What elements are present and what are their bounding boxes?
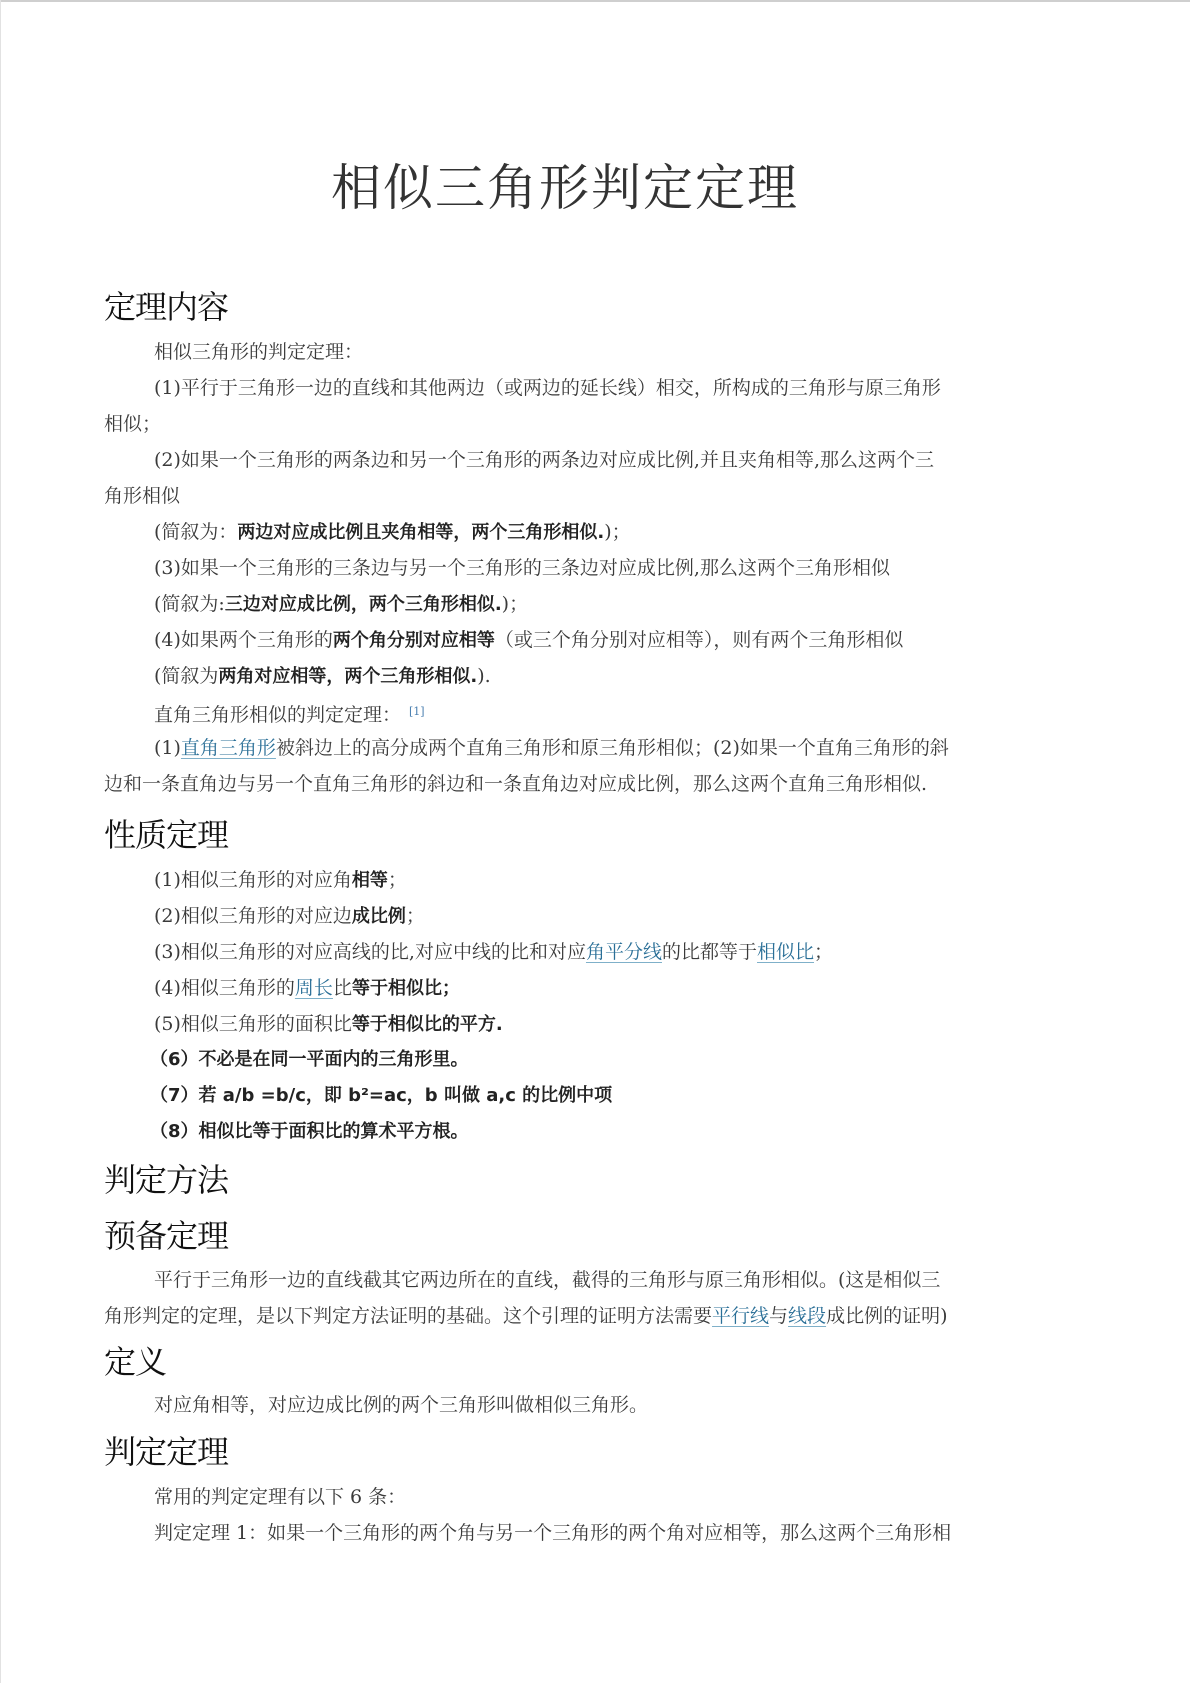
text: (简叙为：	[154, 521, 237, 543]
list-item: (2)相似三角形的对应边成比例；	[154, 904, 1074, 929]
text: (2)相似三角形的对应边	[154, 905, 352, 927]
heading-methods: 判定方法	[104, 1155, 228, 1201]
page-border	[0, 0, 1190, 2]
text: 比	[333, 977, 352, 999]
heading-definition: 定义	[104, 1337, 166, 1383]
paragraph: 常用的判定定理有以下 6 条：	[154, 1485, 1074, 1509]
bold-text: 两边对应成比例且夹角相等，两个三角形相似.	[237, 522, 604, 543]
list-item: (3)相似三角形的对应高线的比,对应中线的比和对应角平分线的比都等于相似比；	[154, 940, 1074, 964]
paragraph: (2)如果一个三角形的两条边和另一个三角形的两条边对应成比例,并且夹角相等,那么…	[154, 448, 1074, 472]
text: (5)相似三角形的面积比	[154, 1013, 352, 1035]
text: (3)相似三角形的对应高线的比,对应中线的比和对应	[154, 941, 586, 963]
paragraph: 直角三角形相似的判定定理：[1]	[154, 700, 1074, 727]
text: （或三个角分别对应相等），则有两个三角形相似	[495, 629, 904, 651]
text: 角形判定的定理，是以下判定方法证明的基础。这个引理的证明方法需要	[104, 1305, 712, 1327]
page-title: 相似三角形判定定理	[0, 148, 1130, 220]
link-parallel-lines[interactable]: 平行线	[712, 1305, 769, 1327]
paragraph: (3)如果一个三角形的三条边与另一个三角形的三条边对应成比例,那么这两个三角形相…	[154, 556, 1074, 580]
text: ).	[477, 665, 490, 687]
text: ；	[388, 869, 407, 891]
page-border-left	[0, 0, 1, 1683]
bold-text: 相等	[352, 870, 388, 891]
text: (1)平行于三角形一边的直线和其他两边（或两边的延长线）相交，所构成的三角形与原…	[154, 377, 941, 399]
paragraph: 相似三角形的判定定理：	[154, 340, 1074, 364]
paragraph: (简叙为两角对应相等，两个三角形相似.).	[154, 664, 1074, 689]
link-angle-bisector[interactable]: 角平分线	[586, 941, 662, 963]
text: (4)如果两个三角形的	[154, 629, 333, 651]
link-perimeter[interactable]: 周长	[295, 977, 333, 999]
bold-text: 三边对应成比例，两个三角形相似.	[225, 594, 502, 615]
list-item: （6）不必是在同一平面内的三角形里。	[150, 1048, 1070, 1072]
paragraph: (1)直角三角形被斜边上的高分成两个直角三角形和原三角形相似；(2)如果一个直角…	[154, 736, 1074, 760]
paragraph: 对应角相等，对应边成比例的两个三角形叫做相似三角形。	[154, 1393, 1074, 1417]
text: (1)相似三角形的对应角	[154, 869, 352, 891]
heading-judgement-theorem: 判定定理	[104, 1427, 228, 1473]
paragraph: (1)平行于三角形一边的直线和其他两边（或两边的延长线）相交，所构成的三角形与原…	[154, 376, 1074, 400]
list-item: （7）若 a/b =b/c，即 b²=ac，b 叫做 a,c 的比例中项	[150, 1084, 1070, 1108]
list-item: （8）相似比等于面积比的算术平方根。	[150, 1120, 1070, 1144]
heading-theorem-content: 定理内容	[104, 282, 228, 328]
paragraph: 相似；	[104, 412, 1024, 436]
bold-text: 等于相似比；	[352, 978, 460, 999]
paragraph: 平行于三角形一边的直线截其它两边所在的直线，截得的三角形与原三角形相似。(这是相…	[154, 1268, 1074, 1292]
list-item: (4)相似三角形的周长比等于相似比；	[154, 976, 1074, 1001]
bold-text: 两角对应相等，两个三角形相似.	[218, 666, 477, 687]
text: )；	[502, 593, 528, 615]
text: 直角三角形相似的判定定理：	[154, 704, 401, 726]
heading-preliminary-theorem: 预备定理	[104, 1211, 228, 1257]
text: ；	[406, 905, 425, 927]
bold-text: 等于相似比的平方.	[352, 1014, 503, 1035]
bold-text: 两个角分别对应相等	[333, 630, 495, 651]
text: 被斜边上的高分成两个直角三角形和原三角形相似；(2)如果一个直角三角形的斜	[276, 737, 949, 759]
paragraph: (4)如果两个三角形的两个角分别对应相等（或三个角分别对应相等），则有两个三角形…	[154, 628, 1074, 653]
list-item: (1)相似三角形的对应角相等；	[154, 868, 1074, 893]
heading-properties: 性质定理	[104, 810, 228, 856]
citation-link[interactable]: [1]	[409, 705, 425, 718]
paragraph: 角形相似	[104, 484, 1024, 508]
text: (4)相似三角形的	[154, 977, 295, 999]
text: )；	[604, 521, 630, 543]
paragraph: 角形判定的定理，是以下判定方法证明的基础。这个引理的证明方法需要平行线与线段成比…	[104, 1304, 1024, 1328]
list-item: (5)相似三角形的面积比等于相似比的平方.	[154, 1012, 1074, 1037]
text: (简叙为	[154, 665, 218, 687]
text: ；	[814, 941, 833, 963]
link-right-triangle[interactable]: 直角三角形	[181, 737, 276, 759]
text: (1)	[154, 737, 181, 759]
paragraph: (简叙为:三边对应成比例，两个三角形相似.)；	[154, 592, 1074, 617]
text: (简叙为:	[154, 593, 225, 615]
paragraph: 边和一条直角边与另一个直角三角形的斜边和一条直角边对应成比例，那么这两个直角三角…	[104, 772, 1024, 796]
text: 与	[769, 1305, 788, 1327]
link-similarity-ratio[interactable]: 相似比	[757, 941, 814, 963]
bold-text: 成比例	[352, 906, 406, 927]
link-line-segment[interactable]: 线段	[788, 1305, 826, 1327]
text: 成比例的证明)	[826, 1305, 947, 1327]
paragraph: (简叙为：两边对应成比例且夹角相等，两个三角形相似.)；	[154, 520, 1074, 545]
text: 的比都等于	[662, 941, 757, 963]
paragraph: 判定定理 1：如果一个三角形的两个角与另一个三角形的两个角对应相等，那么这两个三…	[154, 1521, 1074, 1545]
